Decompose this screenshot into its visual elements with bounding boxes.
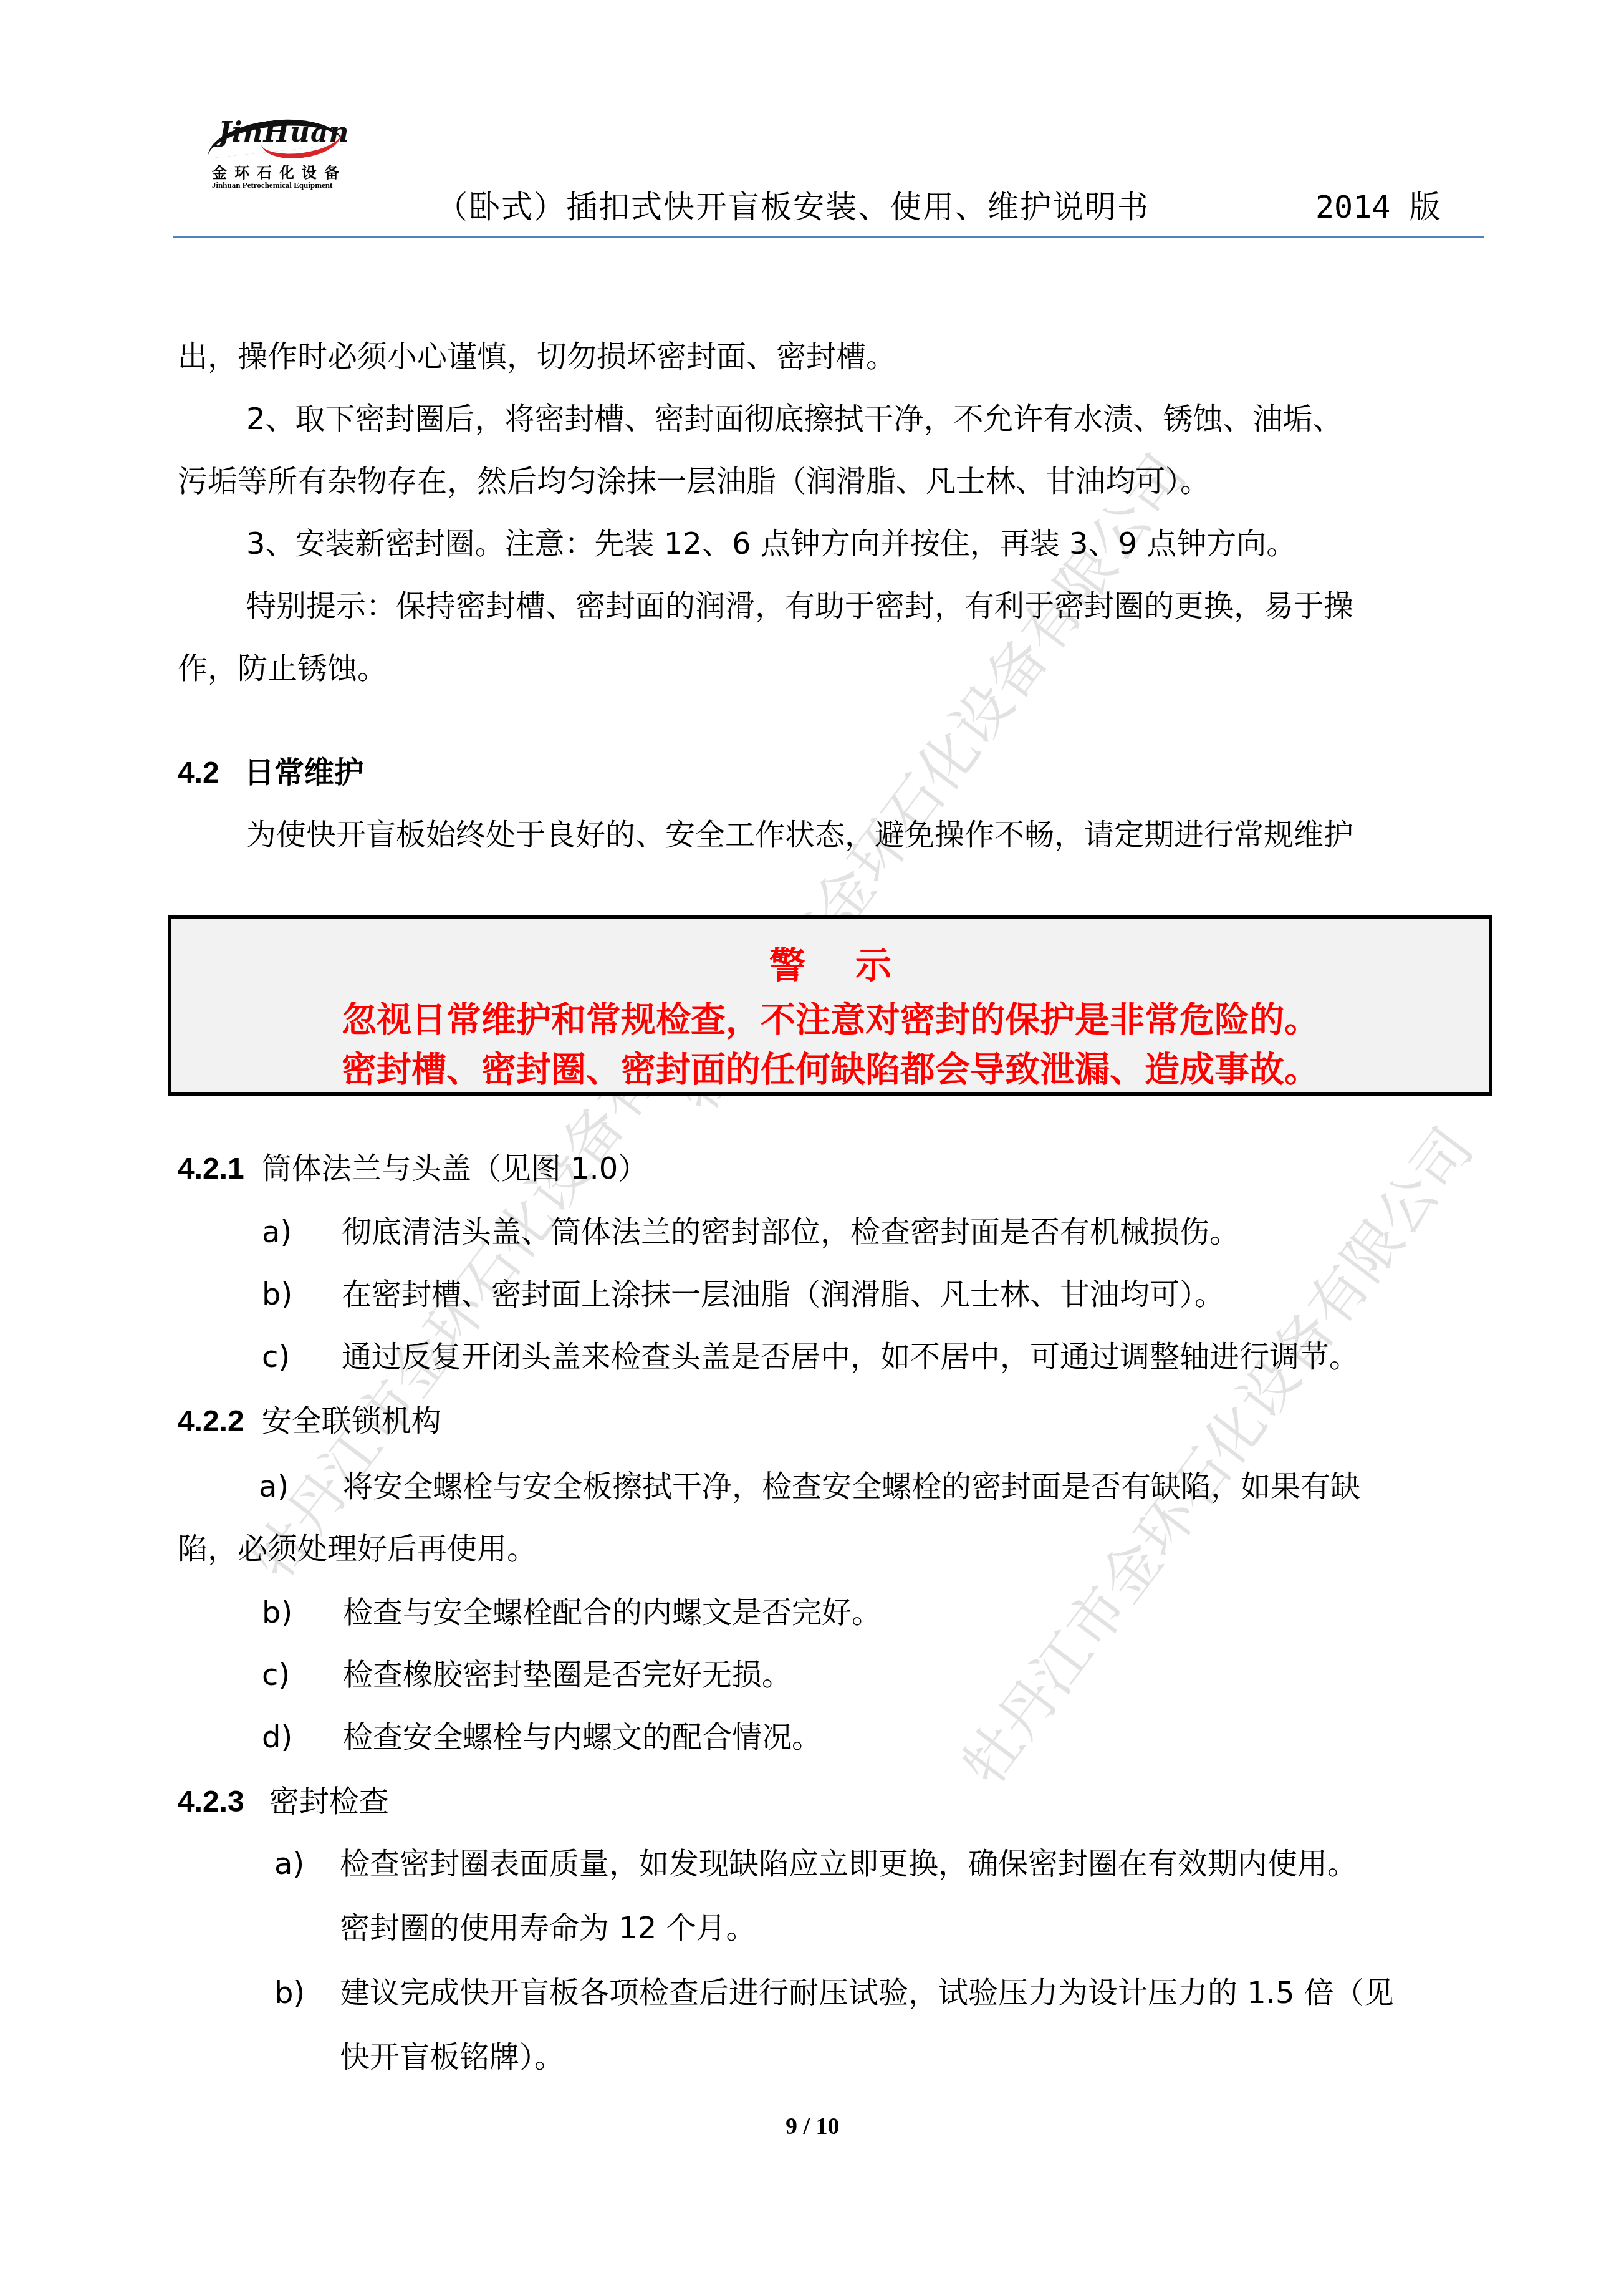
list-label: b) (262, 1598, 343, 1628)
list-text: 检查橡胶密封垫圈是否完好无损。 (343, 1658, 792, 1692)
section-title: 筒体法兰与头盖（见图 1.0） (262, 1151, 648, 1186)
tip-line-2: 作，防止锈蚀。 (178, 654, 387, 683)
section-number: 4.2.2 (178, 1407, 244, 1437)
list-item: b)检查与安全螺栓配合的内螺文是否完好。 (262, 1598, 882, 1628)
warning-box: 警示 忽视日常维护和常规检查，不注意对密封的保护是非常危险的。 密封槽、密封圈、… (168, 915, 1492, 1096)
section-title: 密封检查 (269, 1784, 389, 1819)
list-item-continuation: 快开盲板铭牌）。 (340, 2042, 564, 2072)
logo-name-cn: 金环石化设备 (212, 160, 347, 182)
list-label: b) (274, 1978, 340, 2008)
list-label: d) (262, 1722, 343, 1752)
section-number: 4.2.3 (178, 1787, 244, 1817)
section-heading-4-2-1: 4.2.1筒体法兰与头盖（见图 1.0） (178, 1154, 648, 1184)
list-label: b) (262, 1280, 342, 1310)
document-version: 2014 版 (1315, 182, 1441, 227)
warning-line-1: 忽视日常维护和常规检查，不注意对密封的保护是非常危险的。 (171, 992, 1489, 1042)
tip-line-1: 特别提示：保持密封槽、密封面的润滑，有助于密封，有利于密封圈的更换，易于操 (246, 591, 1353, 621)
watermark: 牡丹江市金环石化设备有限公司 (939, 1109, 1489, 1800)
list-label: c) (262, 1342, 342, 1372)
paragraph-step-2-line-1: 2、取下密封圈后，将密封槽、密封面彻底擦拭干净，不允许有水渍、锈蚀、油垢、 (246, 404, 1343, 434)
list-label: a) (274, 1849, 340, 1879)
document-title: （卧式）插扣式快开盲板安装、使用、维护说明书 (436, 182, 1150, 227)
logo-brand-script: JinHuan (218, 117, 350, 148)
list-item: c)检查橡胶密封垫圈是否完好无损。 (262, 1660, 792, 1690)
list-label: a) (262, 1217, 342, 1247)
section-intro: 为使快开盲板始终处于良好的、安全工作状态，避免操作不畅，请定期进行常规维护 (246, 820, 1353, 850)
paragraph-step-3: 3、安装新密封圈。注意：先装 12、6 点钟方向并按住，再装 3、9 点钟方向。 (246, 529, 1296, 559)
warning-title: 警示 (171, 936, 1489, 988)
section-title: 安全联锁机构 (262, 1404, 441, 1439)
list-text: 检查与安全螺栓配合的内螺文是否完好。 (343, 1595, 882, 1630)
list-item: b)建议完成快开盲板各项检查后进行耐压试验，试验压力为设计压力的 1.5 倍（见 (274, 1978, 1394, 2008)
warning-line-2: 密封槽、密封圈、密封面的任何缺陷都会导致泄漏、造成事故。 (171, 1042, 1489, 1092)
list-item-continuation: 陷，必须处理好后再使用。 (178, 1534, 537, 1564)
section-heading-4-2: 4.2日常维护 (178, 758, 364, 788)
company-logo: JinHuan 金环石化设备 Jinhuan Petrochemical Equ… (206, 115, 355, 190)
section-title: 日常维护 (244, 755, 364, 790)
header-divider (173, 236, 1484, 238)
list-item: c)通过反复开闭头盖来检查头盖是否居中，如不居中，可通过调整轴进行调节。 (262, 1342, 1359, 1372)
logo-name-en: Jinhuan Petrochemical Equipment (212, 180, 332, 190)
section-number: 4.2.1 (178, 1154, 244, 1184)
list-item: a)检查密封圈表面质量，如发现缺陷应立即更换，确保密封圈在有效期内使用。 (274, 1849, 1357, 1879)
list-label: c) (262, 1660, 343, 1690)
list-text: 在密封槽、密封面上涂抹一层油脂（润滑脂、凡士林、甘油均可）。 (342, 1277, 1224, 1312)
section-number: 4.2 (178, 758, 219, 788)
list-text: 彻底清洁头盖、筒体法兰的密封部位，检查密封面是否有机械损伤。 (342, 1215, 1239, 1250)
section-heading-4-2-3: 4.2.3密封检查 (178, 1787, 389, 1817)
page-number: 9 / 10 (786, 2113, 840, 2140)
list-item: d)检查安全螺栓与内螺文的配合情况。 (262, 1722, 822, 1752)
list-text: 将安全螺栓与安全板擦拭干净，检查安全螺栓的密封面是否有缺陷，如果有缺 (343, 1469, 1360, 1504)
paragraph-step-2-line-2: 污垢等所有杂物存在，然后均匀涂抹一层油脂（润滑脂、凡士林、甘油均可）。 (178, 466, 1210, 496)
list-item: a)彻底清洁头盖、筒体法兰的密封部位，检查密封面是否有机械损伤。 (262, 1217, 1239, 1247)
list-text: 建议完成快开盲板各项检查后进行耐压试验，试验压力为设计压力的 1.5 倍（见 (340, 1976, 1394, 2010)
list-label: a) (259, 1472, 343, 1502)
list-item-continuation: 密封圈的使用寿命为 12 个月。 (340, 1913, 756, 1943)
list-item: b)在密封槽、密封面上涂抹一层油脂（润滑脂、凡士林、甘油均可）。 (262, 1280, 1224, 1310)
list-text: 通过反复开闭头盖来检查头盖是否居中，如不居中，可通过调整轴进行调节。 (342, 1339, 1359, 1374)
paragraph-continuation: 出，操作时必须小心谨慎，切勿损坏密封面、密封槽。 (178, 342, 896, 372)
list-item: a)将安全螺栓与安全板擦拭干净，检查安全螺栓的密封面是否有缺陷，如果有缺 (259, 1472, 1360, 1502)
section-heading-4-2-2: 4.2.2安全联锁机构 (178, 1406, 441, 1437)
list-text: 检查密封圈表面质量，如发现缺陷应立即更换，确保密封圈在有效期内使用。 (340, 1846, 1357, 1881)
list-text: 检查安全螺栓与内螺文的配合情况。 (343, 1720, 822, 1755)
